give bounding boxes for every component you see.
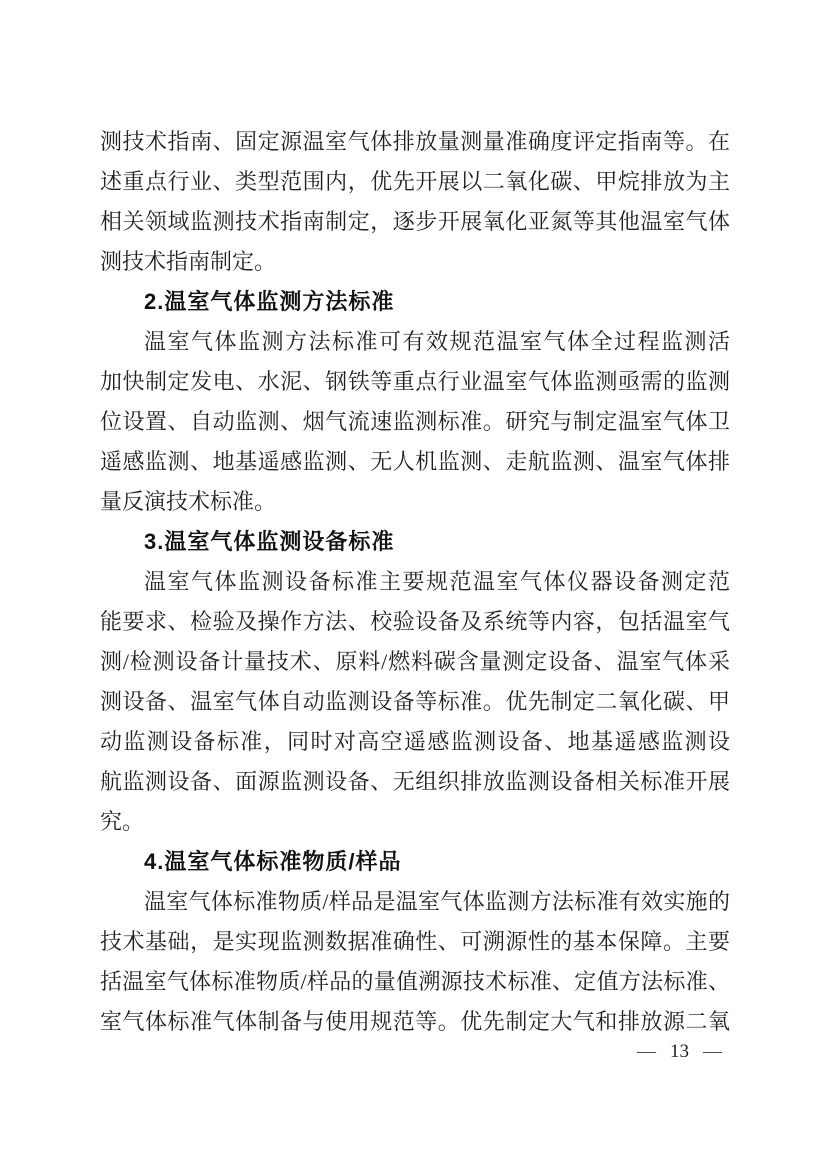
text-line: 述重点行业、类型范围内，优先开展以二氧化碳、甲烷排放为主的	[100, 162, 730, 202]
text-line: 温室气体标准物质/样品是温室气体监测方法标准有效实施的	[100, 882, 730, 922]
text-line: 技术基础，是实现监测数据准确性、可溯源性的基本保障。主要包	[100, 922, 730, 962]
page-number: —13—	[637, 1040, 722, 1064]
text-line: 航监测设备、面源监测设备、无组织排放监测设备相关标准开展预研	[100, 762, 730, 802]
section-heading-4: 4.温室气体标准物质/样品	[100, 842, 730, 882]
text-line: 位设置、自动监测、烟气流速监测标准。研究与制定温室气体卫星	[100, 402, 730, 442]
section-heading-2: 2.温室气体监测方法标准	[100, 282, 730, 322]
section-2-paragraph: 温室气体监测方法标准可有效规范温室气体全过程监测活动。 加快制定发电、水泥、钢铁…	[100, 322, 730, 522]
text-line: 温室气体监测设备标准主要规范温室气体仪器设备测定范围、性	[100, 562, 730, 602]
paragraph-continued: 测技术指南、固定源温室气体排放量测量准确度评定指南等。在上 述重点行业、类型范围…	[100, 122, 730, 282]
text-line: 括温室气体标准物质/样品的量值溯源技术标准、定值方法标准、温	[100, 962, 730, 1002]
text-line: 动监测设备标准，同时对高空遥感监测设备、地基遥感监测设备、走	[100, 722, 730, 762]
section-4-paragraph: 温室气体标准物质/样品是温室气体监测方法标准有效实施的 技术基础，是实现监测数据…	[100, 882, 730, 1042]
text-line: 量反演技术标准。	[100, 482, 730, 522]
text-line: 究。	[100, 802, 730, 842]
text-line: 测技术指南、固定源温室气体排放量测量准确度评定指南等。在上	[100, 122, 730, 162]
text-line: 测/检测设备计量技术、原料/燃料碳含量测定设备、温室气体采样/检	[100, 642, 730, 682]
text-line: 遥感监测、地基遥感监测、无人机监测、走航监测、温室气体排放	[100, 442, 730, 482]
section-3-paragraph: 温室气体监测设备标准主要规范温室气体仪器设备测定范围、性 能要求、检验及操作方法…	[100, 562, 730, 842]
page-number-dash-left: —	[637, 1041, 656, 1062]
page-number-value: 13	[670, 1041, 689, 1062]
text-line: 测技术指南制定。	[100, 242, 730, 282]
text-line: 相关领域监测技术指南制定，逐步开展氧化亚氮等其他温室气体监	[100, 202, 730, 242]
text-line: 温室气体监测方法标准可有效规范温室气体全过程监测活动。	[100, 322, 730, 362]
text-line: 室气体标准气体制备与使用规范等。优先制定大气和排放源二氧化	[100, 1002, 730, 1042]
section-heading-3: 3.温室气体监测设备标准	[100, 522, 730, 562]
text-line: 测设备、温室气体自动监测设备等标准。优先制定二氧化碳、甲烷自	[100, 682, 730, 722]
text-line: 加快制定发电、水泥、钢铁等重点行业温室气体监测亟需的监测点	[100, 362, 730, 402]
page-number-dash-right: —	[703, 1041, 722, 1062]
text-line: 能要求、检验及操作方法、校验设备及系统等内容，包括温室气体监	[100, 602, 730, 642]
document-page: 测技术指南、固定源温室气体排放量测量准确度评定指南等。在上 述重点行业、类型范围…	[0, 0, 826, 1169]
page-body: 测技术指南、固定源温室气体排放量测量准确度评定指南等。在上 述重点行业、类型范围…	[100, 122, 730, 1042]
